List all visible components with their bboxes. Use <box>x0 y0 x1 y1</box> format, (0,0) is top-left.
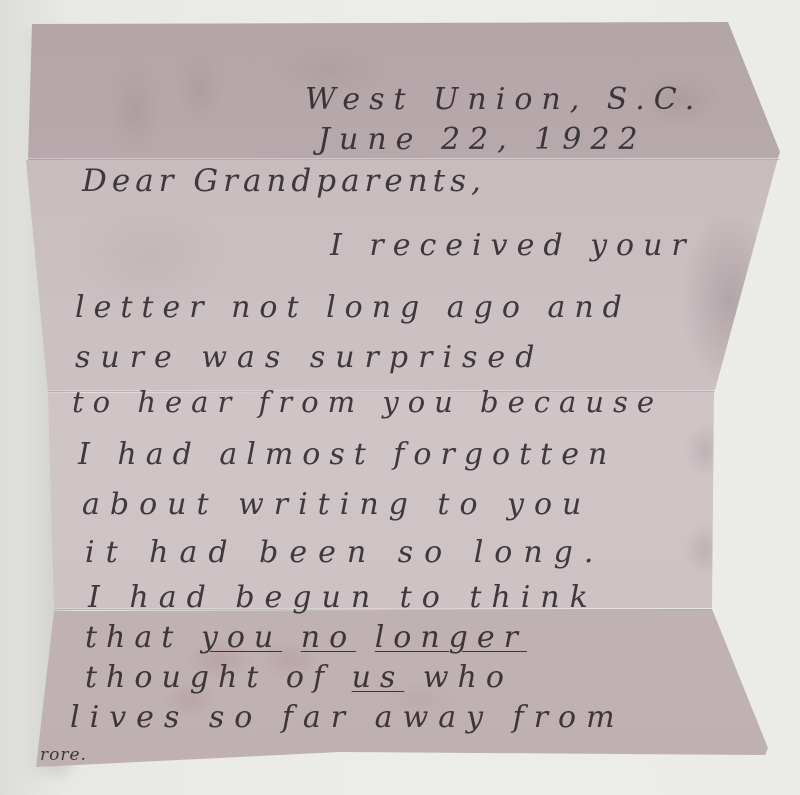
letter-line: lives so far away from <box>70 700 625 735</box>
word: who <box>423 660 513 695</box>
underlined-word: longer <box>375 620 527 655</box>
letter-salutation: Dear Grandparents, <box>82 163 486 199</box>
letter-line: sure was surprised <box>75 340 544 375</box>
letter-line: I had begun to think <box>88 580 598 615</box>
letter-line: letter not long ago and <box>75 290 631 325</box>
letter-line: I had almost forgotten <box>78 437 616 472</box>
word: that <box>85 620 182 655</box>
letter-line-underlined: thought of us who <box>85 660 513 695</box>
letter-line-underlined: that you no longer <box>85 620 527 655</box>
fold-line <box>28 158 780 160</box>
underlined-word: you <box>201 620 282 655</box>
letter-line: to hear from you because <box>72 385 663 419</box>
letter-place: West Union, S.C. <box>305 82 703 117</box>
letter-line: I received your <box>330 228 695 263</box>
letter-date: June 22, 1922 <box>318 122 647 157</box>
underlined-word: no <box>301 620 356 655</box>
letter-line: about writing to you <box>82 487 591 522</box>
word: thought of <box>85 660 333 695</box>
letter-line: it had been so long. <box>85 535 604 570</box>
underlined-word: us <box>352 660 405 695</box>
folded-letter-photo: West Union, S.C. June 22, 1922 Dear Gran… <box>0 0 800 795</box>
letter-edge-fragment: rore. <box>40 745 87 765</box>
